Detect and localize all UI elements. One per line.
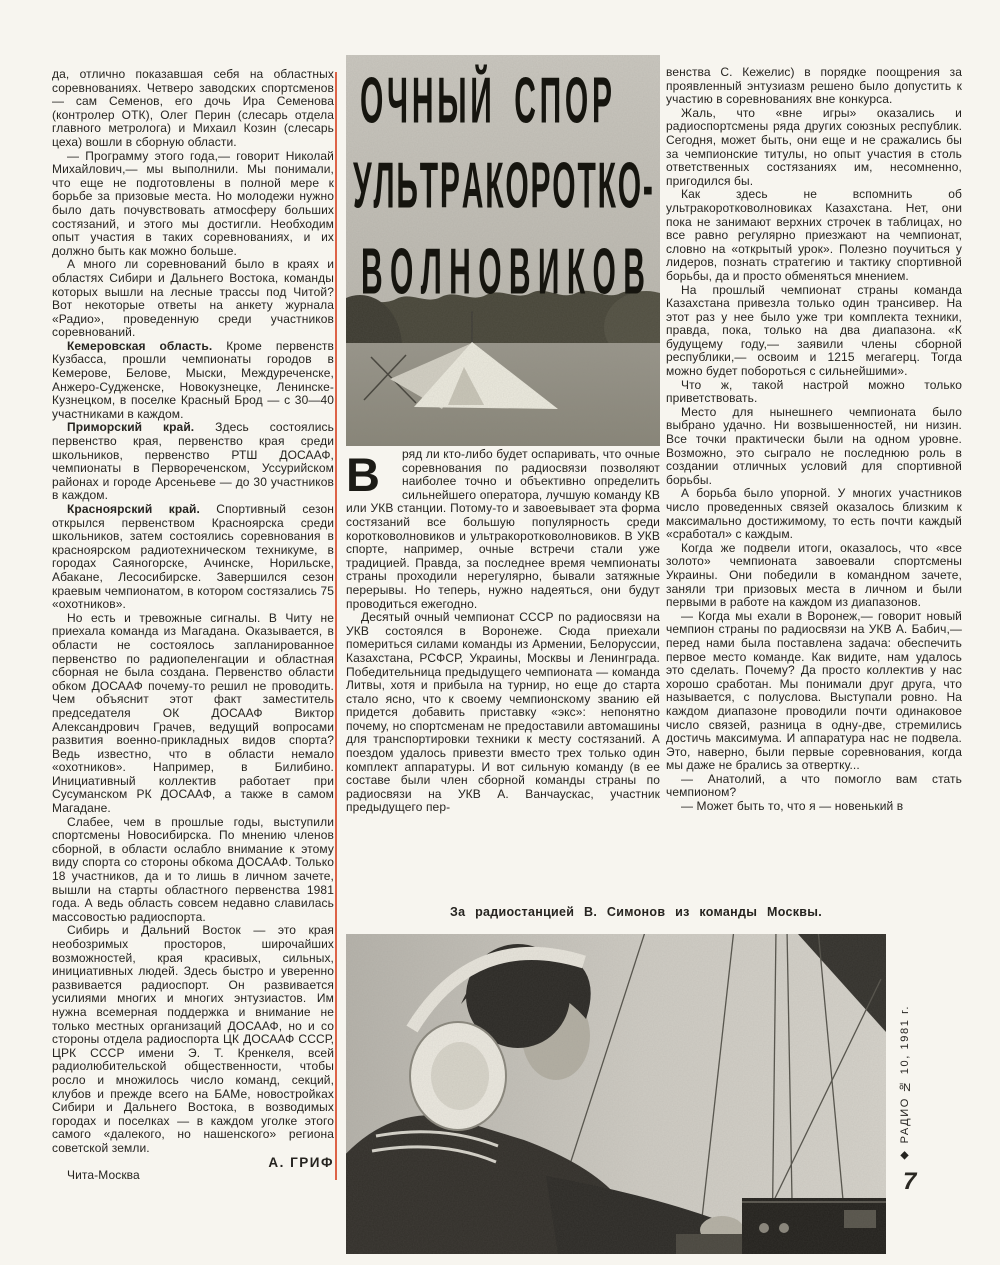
paragraph: — Когда мы ехали в Воронеж,— говорит нов…: [666, 610, 962, 773]
paragraph: Когда же подвели итоги, оказалось, что «…: [666, 542, 962, 610]
magazine-imprint-text: ◆ РАДИО № 10, 1981 г.: [898, 1005, 911, 1163]
headline-photo-block: ОЧНЫЙ СПОР УЛЬТРАКОРОТКО- ВОЛНОВИКОВ: [346, 55, 660, 446]
paragraph: А много ли соревнований было в краях и о…: [52, 258, 334, 340]
paragraph: В ряд ли кто-либо будет оспаривать, что …: [346, 448, 660, 611]
page-number: 7: [903, 1168, 916, 1196]
paragraph: — Может быть то, что я — новенький в: [666, 800, 962, 814]
paragraph: А борьба было упорной. У многих участник…: [666, 487, 962, 541]
paragraph: Красноярский край. Спортивный сезон откр…: [52, 503, 334, 612]
left-column: да, отлично показавшая себя на областных…: [52, 68, 334, 1183]
byline: А. ГРИФ: [52, 1156, 334, 1170]
paragraph-text: Спортивный сезон открылся первенством Кр…: [52, 502, 334, 611]
paragraph: Сибирь и Дальний Восток — это края необо…: [52, 924, 334, 1155]
paragraph: да, отлично показавшая себя на областных…: [52, 68, 334, 150]
dateline: Чита-Москва: [52, 1169, 334, 1183]
headline-line-1: ОЧНЫЙ СПОР: [360, 71, 612, 136]
headline-line-3: ВОЛНОВИКОВ: [361, 242, 645, 307]
headline-line-2: УЛЬТРАКОРОТКО-: [353, 156, 653, 221]
paragraph-lead: Приморский край.: [67, 420, 194, 434]
paragraph: Место для нынешнего чемпионата было выбр…: [666, 406, 962, 488]
magazine-imprint-vertical: ◆ РАДИО № 10, 1981 г.: [893, 1000, 915, 1168]
paragraph: венства С. Кежелис) в порядке поощрения …: [666, 66, 962, 107]
paragraph: Но есть и тревожные сигналы. В Читу не п…: [52, 612, 334, 816]
paragraph: Кемеровская область. Кроме первенств Куз…: [52, 340, 334, 422]
paragraph: Приморский край. Здесь состоялись первен…: [52, 421, 334, 503]
middle-column: В ряд ли кто-либо будет оспаривать, что …: [346, 448, 660, 815]
paragraph: Десятый очный чемпионат СССР по радиосвя…: [346, 611, 660, 815]
paragraph: Как здесь не вспомнить об ультракоротков…: [666, 188, 962, 283]
paragraph: Жаль, что «вне игры» оказались и радиосп…: [666, 107, 962, 189]
paragraph: Что ж, такой настрой можно только привет…: [666, 379, 962, 406]
paragraph: — Программу этого года,— говорит Николай…: [52, 150, 334, 259]
photo-caption: За радиостанцией В. Симонов из команды М…: [386, 905, 886, 919]
paragraph-lead: Красноярский край.: [67, 502, 200, 516]
operator-photo: [346, 934, 886, 1254]
paragraph: Слабее, чем в прошлые годы, выступили сп…: [52, 816, 334, 925]
paragraph: На прошлый чемпионат страны команда Каза…: [666, 284, 962, 379]
paragraph: — Анатолий, а что помогло вам стать чемп…: [666, 773, 962, 800]
dropcap: В: [346, 450, 398, 499]
magazine-page: да, отлично показавшая себя на областных…: [0, 0, 1000, 1265]
paragraph-lead: Кемеровская область.: [67, 339, 212, 353]
right-column: венства С. Кежелис) в порядке поощрения …: [666, 66, 962, 814]
column-rule: [335, 72, 337, 1180]
